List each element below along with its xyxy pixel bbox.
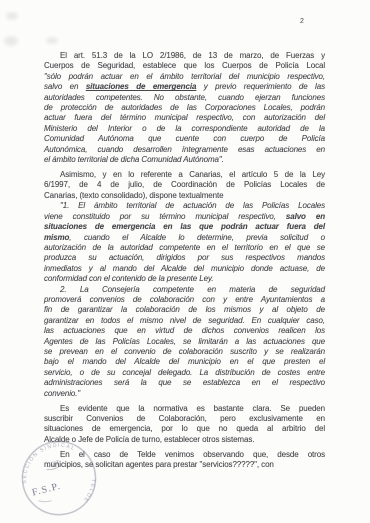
text-line: Agentes de las Policías Locales, se limi… — [44, 337, 325, 347]
text-segment: Ministerio del Interior o de la correspo… — [44, 124, 325, 133]
text-line: conformidad con el contenido de la prese… — [44, 274, 325, 284]
text-line: "1. El ámbito territorial de actuación d… — [44, 201, 325, 211]
text-segment: convenio." — [44, 389, 80, 398]
text-segment: situaciones de emergencia en las que pod… — [44, 222, 325, 231]
text-line: inmediatos y al mando del Alcalde del mu… — [44, 264, 325, 274]
scan-artifact — [46, 37, 58, 44]
text-segment: situaciones de emergencia, por lo que no… — [44, 424, 325, 433]
ugt-emblem-icon: UGT — [46, 460, 61, 469]
scan-artifact — [6, 12, 18, 20]
text-segment: inmediatos y al mando del Alcalde del mu… — [44, 264, 325, 273]
scan-artifact — [4, 36, 18, 46]
text-segment: mismo — [44, 233, 69, 242]
text-line: Asimismo, y en lo referente a Canarias, … — [44, 170, 325, 180]
text-segment: viene constituido por su término municip… — [44, 212, 286, 221]
text-line: Es evidente que la normativa es bastante… — [44, 404, 325, 414]
paragraph: "1. El ámbito territorial de actuación d… — [44, 201, 325, 284]
text-line: 6/1997, de 4 de julio, de Coordinación d… — [44, 180, 325, 190]
text-line: Autonómica, cuando desarrollen íntegrame… — [44, 145, 325, 155]
text-line: Ministerio del Interior o de la correspo… — [44, 124, 325, 134]
text-segment: las actuaciones que en virtud de dichos … — [44, 326, 325, 335]
text-line: autoridades competentes. No obstante, cu… — [44, 93, 325, 103]
text-segment: "sólo podrán actuar en el ámbito territo… — [44, 72, 325, 81]
text-segment: salvo en — [44, 82, 86, 91]
text-line: convenio." — [44, 389, 325, 399]
text-segment: garantizar en todos el mismo nivel de se… — [44, 316, 325, 325]
stamp-arc-right-text: TELDE — [80, 478, 98, 504]
text-segment: situaciones de emergencia — [86, 82, 196, 91]
text-segment: produzca su actuación, dirigidos por sus… — [44, 253, 325, 262]
text-line: produzca su actuación, dirigidos por sus… — [44, 253, 325, 263]
text-segment: Asimismo, y en lo referente a Canarias, … — [60, 170, 325, 179]
text-segment: El art. 51.3 de la LO 2/1986, de 13 de m… — [60, 51, 325, 60]
text-segment: el ámbito territorial de dicha Comunidad… — [44, 155, 224, 164]
text-line: autorización de la autoridad competente … — [44, 243, 325, 253]
text-line: mismo, cuando el Alcalde lo determine, p… — [44, 233, 325, 243]
text-line: suscribir Convenios de Colaboración, per… — [44, 414, 325, 424]
text-segment: 6/1997, de 4 de julio, de Coordinación d… — [44, 180, 325, 189]
text-segment: Cuerpos de Seguridad, establece que los … — [44, 61, 325, 70]
text-line: de protección de autoridades de las Corp… — [44, 103, 325, 113]
text-segment: Canarias, (texto consolidado), dispone t… — [44, 191, 223, 200]
text-segment: Comunidad Autónoma que cuente con cuerpo… — [44, 134, 325, 143]
text-line: situaciones de emergencia en las que pod… — [44, 222, 325, 232]
text-line: garantizar en todos el mismo nivel de se… — [44, 316, 325, 326]
text-segment: se prevean en el convenio de colaboració… — [44, 347, 325, 356]
text-segment: y previo requerimiento de las — [196, 82, 325, 91]
text-line: servicio, o de su concejal delegado. La … — [44, 368, 325, 378]
stamp-illegible-line — [38, 500, 51, 502]
text-line: 2. La Consejería competente en materia d… — [44, 285, 325, 295]
text-segment: suscribir Convenios de Colaboración, per… — [44, 414, 325, 423]
paragraph: 2. La Consejería competente en materia d… — [44, 285, 325, 399]
text-segment: Es evidente que la normativa es bastante… — [60, 404, 325, 413]
text-line: las actuaciones que en virtud de dichos … — [44, 326, 325, 336]
text-line: Canarias, (texto consolidado), dispone t… — [44, 191, 325, 201]
text-line: fin de garantizar la colaboración de los… — [44, 305, 325, 315]
text-line: El art. 51.3 de la LO 2/1986, de 13 de m… — [44, 51, 325, 61]
text-line: actuar fuera del término municipal respe… — [44, 113, 325, 123]
text-line: bajo el mando del Alcalde del municipio … — [44, 357, 325, 367]
page-number: 2 — [300, 18, 304, 25]
text-line: Comunidad Autónoma que cuente con cuerpo… — [44, 134, 325, 144]
text-segment: , cuando el Alcalde lo determine, previa… — [69, 233, 325, 242]
text-line: Cuerpos de Seguridad, establece que los … — [44, 61, 325, 71]
text-segment: "1. El ámbito territorial de actuación d… — [60, 201, 325, 210]
text-segment: de protección de autoridades de las Corp… — [44, 103, 325, 112]
text-segment: Agentes de las Policías Locales, se limi… — [44, 337, 325, 346]
text-segment: salvo en — [286, 212, 325, 221]
union-stamp: SECCIÓN SINDICAL TELDE UGT F.S.P. — [13, 433, 109, 523]
text-segment: fin de garantizar la colaboración de los… — [44, 305, 325, 314]
scanned-document-page: 2 El art. 51.3 de la LO 2/1986, de 13 de… — [0, 0, 370, 523]
text-segment: autoridades competentes. No obstante, cu… — [44, 93, 325, 102]
text-segment: servicio, o de su concejal delegado. La … — [44, 368, 325, 377]
text-line: administraciones será la que se establez… — [44, 378, 325, 388]
text-segment: 2. La Consejería competente en materia d… — [60, 285, 325, 294]
text-segment: administraciones será la que se establez… — [44, 378, 325, 387]
text-line: promoverá convenios de colaboración con … — [44, 295, 325, 305]
document-body: El art. 51.3 de la LO 2/1986, de 13 de m… — [44, 51, 325, 471]
text-line: viene constituido por su término municip… — [44, 212, 325, 222]
text-segment: Autonómica, cuando desarrollen íntegrame… — [44, 145, 325, 154]
text-segment: conformidad con el contenido de la prese… — [44, 274, 213, 283]
svg-text:TELDE: TELDE — [80, 478, 98, 504]
text-line: "sólo podrán actuar en el ámbito territo… — [44, 72, 325, 82]
text-line: se prevean en el convenio de colaboració… — [44, 347, 325, 357]
stamp-border-circle — [20, 439, 98, 517]
text-segment: bajo el mando del Alcalde del municipio … — [44, 357, 325, 366]
text-segment: autorización de la autoridad competente … — [44, 243, 325, 252]
text-line: salvo en situaciones de emergencia y pre… — [44, 82, 325, 92]
paragraph: Asimismo, y en lo referente a Canarias, … — [44, 170, 325, 201]
text-segment: promoverá convenios de colaboración con … — [44, 295, 325, 304]
stamp-center-text: F.S.P. — [31, 481, 62, 499]
text-segment: actuar fuera del término municipal respe… — [44, 113, 325, 122]
text-line: el ámbito territorial de dicha Comunidad… — [44, 155, 325, 165]
paragraph: El art. 51.3 de la LO 2/1986, de 13 de m… — [44, 51, 325, 165]
